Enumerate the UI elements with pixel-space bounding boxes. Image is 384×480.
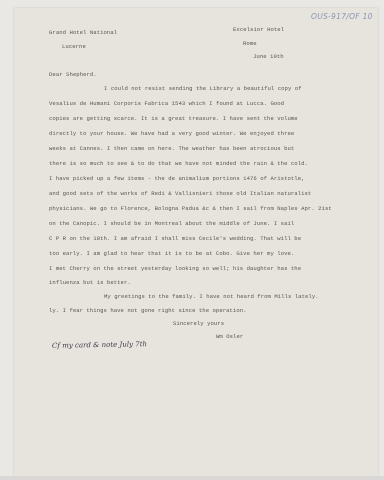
recipient-address-line-1: Excelsior Hotel	[233, 26, 284, 33]
letter-date: June 10th	[253, 53, 284, 60]
sender-address-line-1: Grand Hotel National	[49, 29, 117, 36]
body-line: Vesalius de Humani Corporis Fabrica 1543…	[49, 100, 284, 107]
body-line: and good sets of the works of Redi & Val…	[49, 190, 311, 197]
body-line: influenza but is better.	[49, 279, 131, 286]
body-line: on the Canopic. I should be in Montreal …	[49, 220, 294, 227]
body-line: there is so much to see & to do that we …	[49, 160, 308, 167]
body-line: weeks at Cannes. I then came on here. Th…	[49, 145, 294, 152]
body-line: I have picked up a few items - the de an…	[49, 175, 305, 182]
body-line: physicians. We go to Florence, Bologna P…	[49, 205, 332, 212]
closing: Sincerely yours	[173, 320, 224, 327]
archive-reference-mark: OUS-917/OF 10	[311, 12, 373, 21]
body-line: directly to your house. We have had a ve…	[49, 130, 294, 137]
body-line: C P R on the 18th. I am afraid I shall m…	[49, 235, 301, 242]
body-line: too early. I am glad to hear that it is …	[49, 250, 294, 257]
body-line: copies are getting scarce. It is a great…	[49, 115, 298, 122]
scan-border	[0, 476, 384, 480]
body-line: I could not resist sending the Library a…	[104, 85, 302, 92]
closing-paragraph-line: ly. I fear things have not gone right si…	[49, 307, 247, 314]
salutation: Dear Shepherd.	[49, 71, 97, 78]
signature: Wm Osler	[216, 333, 243, 340]
recipient-address-line-2: Rome	[243, 40, 257, 47]
body-line: I met Cherry on the street yesterday loo…	[49, 265, 301, 272]
handwritten-annotation: Cf my card & note July 7th	[52, 340, 147, 350]
closing-paragraph-line: My greetings to the family. I have not h…	[104, 293, 319, 300]
sender-address-line-2: Lucerne	[62, 43, 86, 50]
letter-page: OUS-917/OF 10 Grand Hotel National Lucer…	[14, 8, 378, 476]
